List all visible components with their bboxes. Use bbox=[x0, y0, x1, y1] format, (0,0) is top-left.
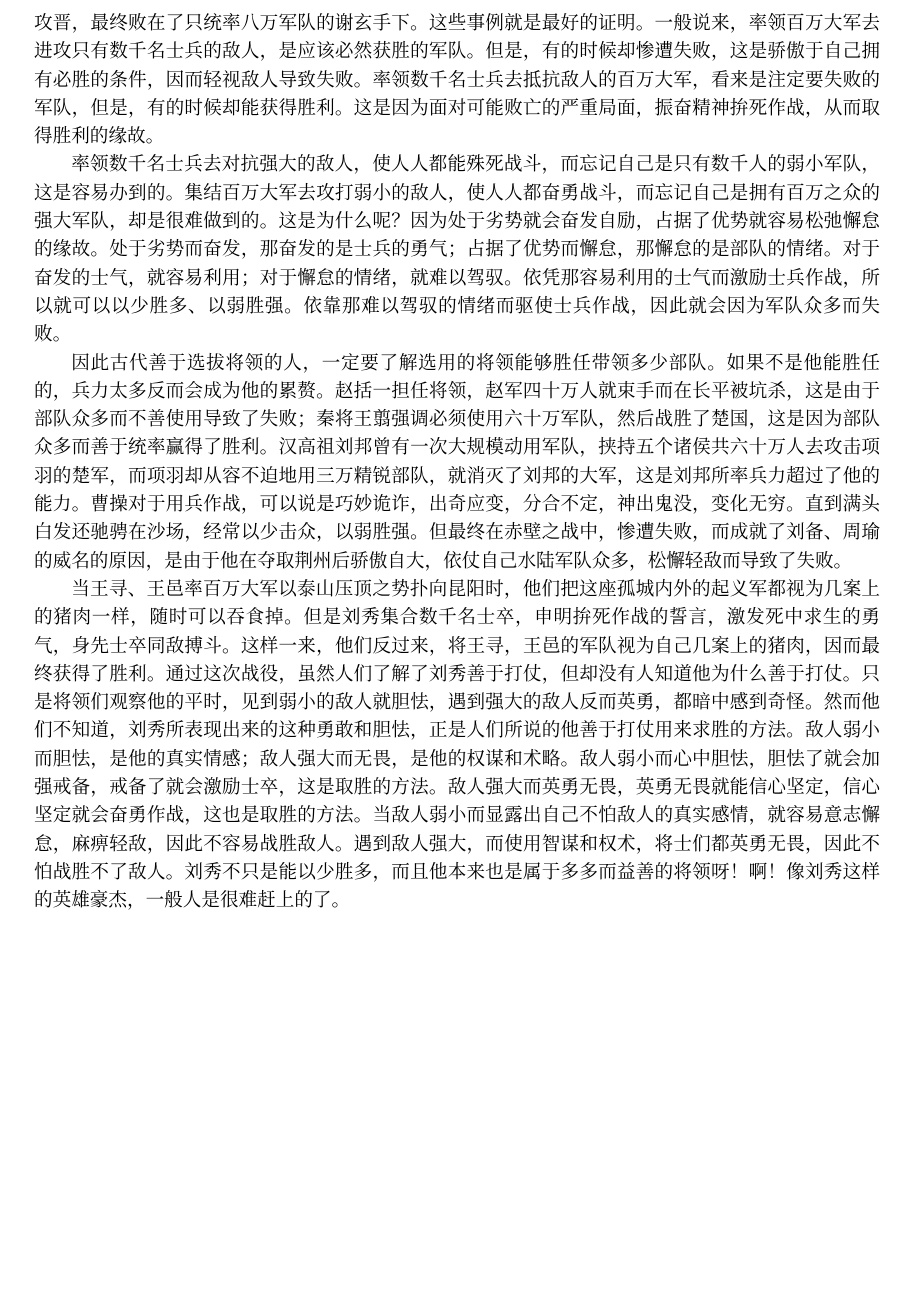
document-page: 攻晋，最终败在了只统率八万军队的谢玄手下。这些事例就是最好的证明。一般说来，率领… bbox=[0, 0, 900, 1297]
paragraph-continuation: 攻晋，最终败在了只统率八万军队的谢玄手下。这些事例就是最好的证明。一般说来，率领… bbox=[34, 10, 880, 151]
paragraph-kunyang-battle: 当王寻、王邑率百万大军以泰山压顶之势扑向昆阳时，他们把这座孤城内外的起义军都视为… bbox=[34, 576, 880, 916]
paragraph-few-vs-strong: 率领数千名士兵去对抗强大的敌人，使人人都能殊死战斗，而忘记自己是只有数千人的弱小… bbox=[34, 151, 880, 349]
paragraph-selecting-generals: 因此古代善于选拔将领的人，一定要了解选用的将领能够胜任带领多少部队。如果不是他能… bbox=[34, 350, 880, 576]
text-block: 攻晋，最终败在了只统率八万军队的谢玄手下。这些事例就是最好的证明。一般说来，率领… bbox=[34, 10, 880, 916]
